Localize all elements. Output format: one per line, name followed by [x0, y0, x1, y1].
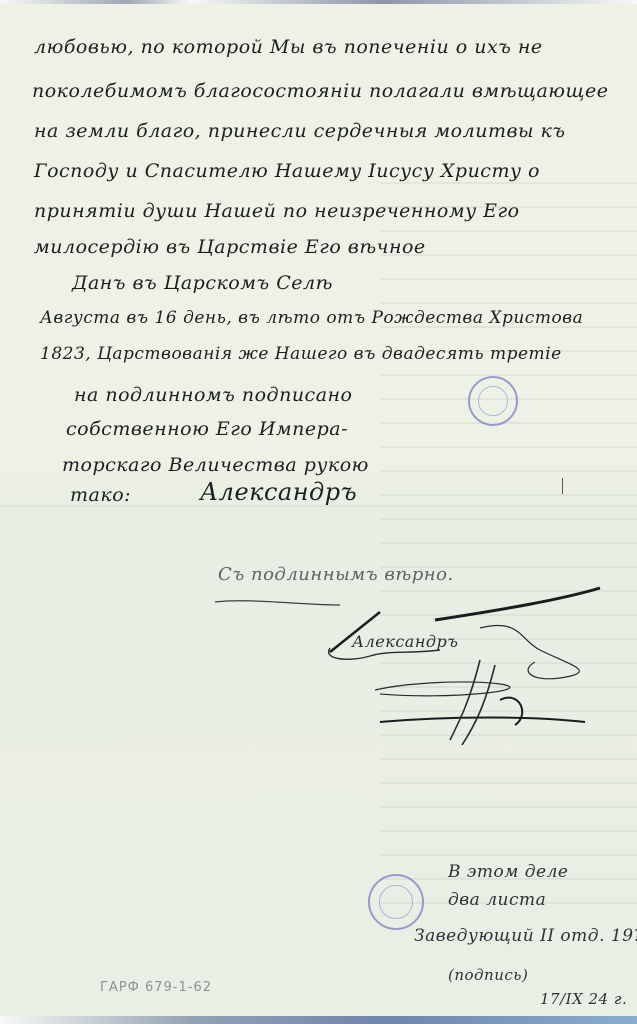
- archive-note-line-1: В этом деле: [448, 862, 569, 882]
- manuscript-page: любовью, по которой Мы въ попеченіи о их…: [0, 0, 637, 1024]
- archive-stamp-lower: [368, 874, 424, 930]
- archive-note-line-2: два листа: [448, 890, 546, 910]
- archive-note-date: 17/IX 24 г.: [540, 990, 627, 1008]
- archive-note-signature: (подпись): [448, 966, 528, 984]
- certifier-signature-name: Александръ: [352, 632, 458, 651]
- archive-note-line-3: Заведующий II отд. 19?: [414, 926, 637, 946]
- archive-pencil-reference: ГАРФ 679-1-62: [100, 980, 212, 995]
- stamp-inner-ring: [379, 885, 412, 918]
- page-bottom-edge: [0, 1016, 637, 1024]
